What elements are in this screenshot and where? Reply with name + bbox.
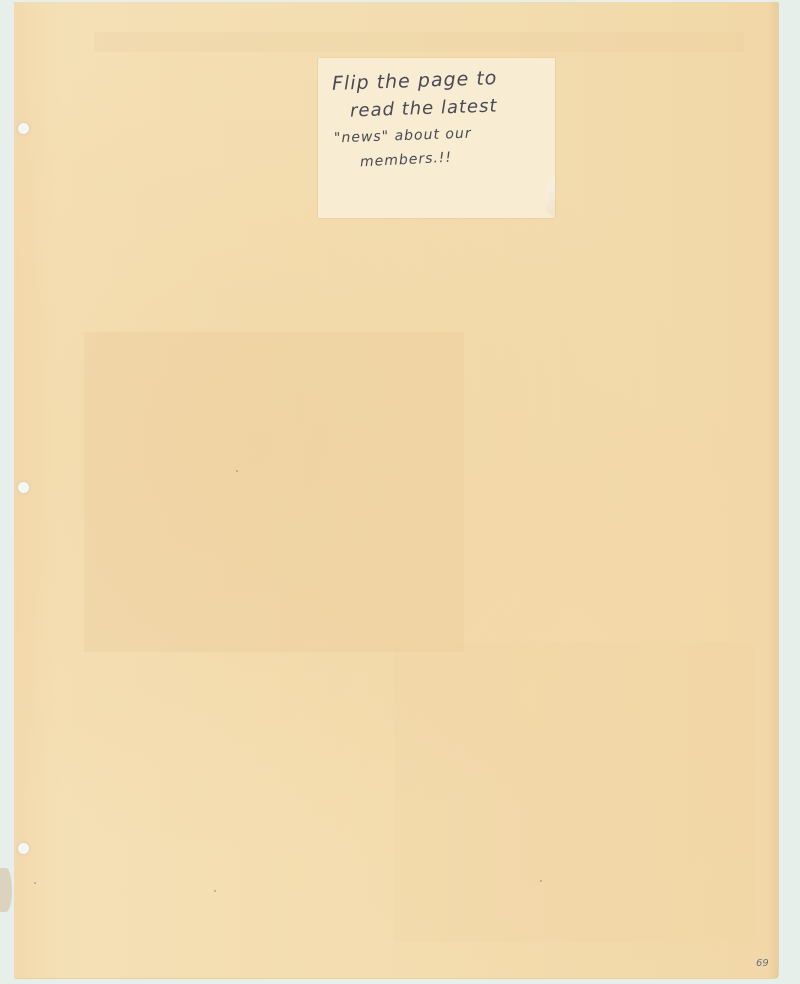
punch-hole <box>18 123 29 134</box>
torn-corner <box>541 176 555 218</box>
scrapbook-page: Flip the page to read the latest "news" … <box>14 2 778 978</box>
page-number: 69 <box>756 958 769 969</box>
paper-speck <box>236 470 238 472</box>
paper-speck <box>540 880 542 882</box>
faded-bleedthrough-header <box>94 32 744 52</box>
paper-speck <box>34 882 36 884</box>
note-line: "news" about our <box>334 126 472 147</box>
page-edge-shadow <box>768 2 778 978</box>
note-line: members.!! <box>360 150 453 171</box>
paper-speck <box>214 890 216 892</box>
note-line: read the latest <box>350 95 498 121</box>
sticky-note: Flip the page to read the latest "news" … <box>318 58 555 218</box>
faded-bleedthrough-block <box>84 332 464 652</box>
note-line: Flip the page to <box>332 67 498 95</box>
punch-hole <box>18 843 29 854</box>
faded-bleedthrough-block <box>394 642 754 942</box>
edge-stain <box>0 868 12 912</box>
punch-hole <box>18 482 29 493</box>
